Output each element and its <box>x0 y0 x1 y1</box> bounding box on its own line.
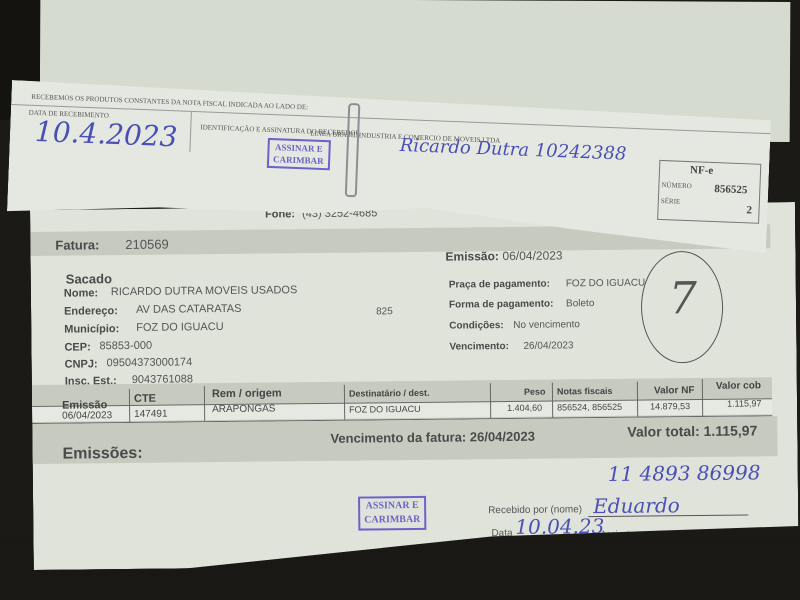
municipio-value: FOZ DO IGUACU <box>136 321 224 334</box>
serie-label: SÉRIE <box>661 197 681 206</box>
stamp-line-1: ASSINAR E <box>364 499 420 514</box>
cnpj-value: 09504373000174 <box>107 356 193 369</box>
cnpj-label: CNPJ: <box>65 358 98 370</box>
circled-mark-number: 7 <box>669 273 698 324</box>
fatura-value: 210569 <box>125 237 169 252</box>
valor-total: Valor total: 1.115,97 <box>627 422 757 439</box>
invoice-document: Jotlog TRANSPORTES Cidade: Arapongas CNP… <box>30 202 799 570</box>
th-destinatario: Destinatário / dest. <box>349 388 430 399</box>
vencimento-value: 26/04/2023 <box>523 340 573 352</box>
vencimento-label: Vencimento: <box>449 341 509 353</box>
stub-id-label: IDENTIFICAÇÃO E ASSINATURA DO RECEBEDOR <box>200 123 360 137</box>
assinatura-label: Assinatura <box>600 529 643 539</box>
th-origem: Rem / origem <box>212 387 282 400</box>
nome-value: RICARDO DUTRA MOVEIS USADOS <box>111 284 298 298</box>
data-label: Data <box>491 528 512 539</box>
vencimento-fatura: Vencimento da fatura: 26/04/2023 <box>330 429 535 446</box>
forma-label: Forma de pagamento: <box>449 299 554 311</box>
td-cte: 147491 <box>134 409 167 420</box>
cep-value: 85853-000 <box>99 340 152 353</box>
td-valor-cob: 1.115,97 <box>727 398 761 408</box>
forma-value: Boleto <box>566 298 594 309</box>
emissao-value: 06/04/2023 <box>502 248 562 263</box>
nome-label: Nome: <box>64 287 98 299</box>
th-valor-cob: Valor cob <box>716 380 761 391</box>
stamp-line-2: CARIMBAR <box>364 513 420 528</box>
handwritten-phone: 11 4893 86998 <box>608 460 761 486</box>
stub-date-handwritten: 10.4.2023 <box>34 115 178 153</box>
th-cte: CTE <box>134 393 156 405</box>
th-peso: Peso <box>524 387 546 397</box>
endereco-numero: 825 <box>376 306 393 317</box>
td-origem: ARAPONGAS <box>212 403 275 415</box>
emissoes-label: Emissões: <box>62 445 142 464</box>
cep-label: CEP: <box>64 341 90 353</box>
stub-signature: Ricardo Dutra 10242388 <box>399 135 626 165</box>
numero-value: 856525 <box>714 183 747 196</box>
td-valor-nf: 14.879,53 <box>650 401 690 411</box>
stub-header-text: RECEBEMOS OS PRODUTOS CONSTANTES DA NOTA… <box>31 93 308 112</box>
data-value: 10.04.23 <box>515 514 604 539</box>
municipio-label: Município: <box>64 323 119 336</box>
serie-value: 2 <box>746 204 752 216</box>
th-valor-nf: Valor NF <box>654 385 695 396</box>
paper-clip <box>345 103 361 197</box>
condicoes-value: No vencimento <box>513 319 580 331</box>
td-destinatario: FOZ DO IGUACU <box>349 404 421 415</box>
endereco-label: Endereço: <box>64 305 118 318</box>
stamp-assinar-carimbar-footer: ASSINAR E CARIMBAR <box>358 496 426 531</box>
condicoes-label: Condições: <box>449 320 504 332</box>
emissao-label: Emissão: <box>445 249 499 264</box>
stamp-assinar-carimbar-stub: ASSINAR E CARIMBAR <box>267 138 331 170</box>
stamp-line-2: CARIMBAR <box>273 153 324 167</box>
td-emissao: 06/04/2023 <box>62 410 112 422</box>
endereco-value: AV DAS CATARATAS <box>136 303 241 316</box>
praca-value: FOZ DO IGUACU <box>566 278 646 290</box>
recebido-value: Eduardo <box>593 493 680 518</box>
fatura-label: Fatura: <box>55 237 99 252</box>
numero-label: NÚMERO <box>661 181 692 190</box>
sacado-title: Sacado <box>66 271 112 286</box>
nfe-box: NF-e NÚMERO 856525 SÉRIE 2 <box>657 160 761 224</box>
praca-label: Praça de pagamento: <box>449 279 550 291</box>
td-peso: 1.404,60 <box>507 403 542 413</box>
nfe-label: NF-e <box>690 164 714 177</box>
th-notas: Notas fiscais <box>557 386 613 397</box>
td-notas: 856524, 856525 <box>557 402 622 413</box>
